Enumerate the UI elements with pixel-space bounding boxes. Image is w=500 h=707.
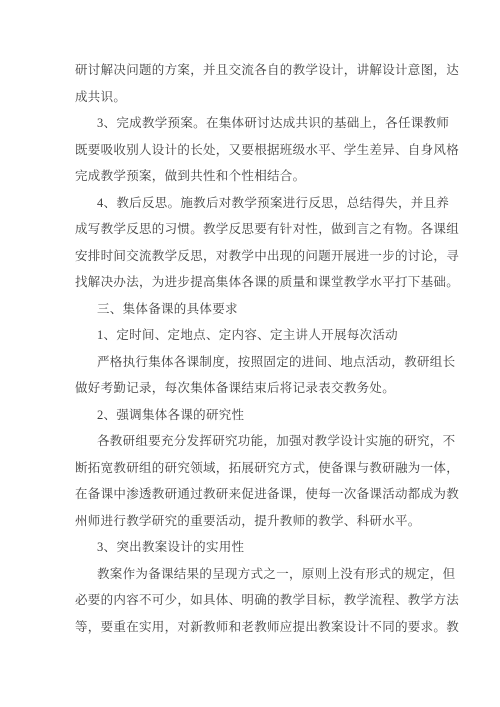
text-line: 做好考勤记录，每次集体备课结束后将记录表交教务处。 <box>75 375 435 402</box>
text-line: 1、定时间、定地点、定内容、定主讲人开展每次活动 <box>75 322 435 349</box>
text-line: 3、突出教案设计的实用性 <box>75 534 435 561</box>
text-line: 完成教学预案，做到共性和个性相结合。 <box>75 163 435 190</box>
text-line: 4、教后反思。施教后对教学预案进行反思，总结得失，并且养 <box>75 190 435 217</box>
text-line: 教案作为备课结果的呈现方式之一，原则上没有形式的规定，但 <box>75 561 435 588</box>
document-text-block: 研讨解决问题的方案，并且交流各自的教学设计，讲解设计意图，达成共识。3、完成教学… <box>75 57 435 640</box>
text-line: 断拓宽教研组的研究领域，拓展研究方式，使备课与教研融为一体， <box>75 455 435 482</box>
document-page: 研讨解决问题的方案，并且交流各自的教学设计，讲解设计意图，达成共识。3、完成教学… <box>0 0 500 707</box>
text-line: 严格执行集体各课制度，按照固定的进间、地点活动，教研组长 <box>75 349 435 376</box>
text-line: 成写教学反思的习惯。教学反思要有针对性，做到言之有物。各课组 <box>75 216 435 243</box>
text-line: 既要吸收别人设计的长处，又要根据班级水平、学生差异、自身风格 <box>75 137 435 164</box>
text-line: 成共识。 <box>75 84 435 111</box>
text-line: 2、强调集体各课的研究性 <box>75 402 435 429</box>
text-line: 州师进行教学研究的重要活动，提升教师的教学、科研水平。 <box>75 508 435 535</box>
text-line: 3、完成教学预案。在集体研讨达成共识的基础上，各任课教师 <box>75 110 435 137</box>
text-line: 找解决办法，为进步提高集体各课的质量和课堂教学水平打下基础。 <box>75 269 435 296</box>
text-line: 研讨解决问题的方案，并且交流各自的教学设计，讲解设计意图，达 <box>75 57 435 84</box>
text-line: 等，要重在实用，对新教师和老教师应提出教案设计不同的要求。教 <box>75 614 435 641</box>
text-line: 必要的内容不可少，如具体、明确的教学目标，教学流程、教学方法 <box>75 587 435 614</box>
text-line: 在备课中渗透教研通过教研来促进备课，使每一次备课活动都成为教 <box>75 481 435 508</box>
text-line: 各教研组要充分发挥研究功能，加强对教学设计实施的研究，不 <box>75 428 435 455</box>
text-line: 三、集体备课的具体要求 <box>75 296 435 323</box>
text-line: 安排时间交流教学反思，对教学中出现的问题开展进一步的讨论，寻 <box>75 243 435 270</box>
